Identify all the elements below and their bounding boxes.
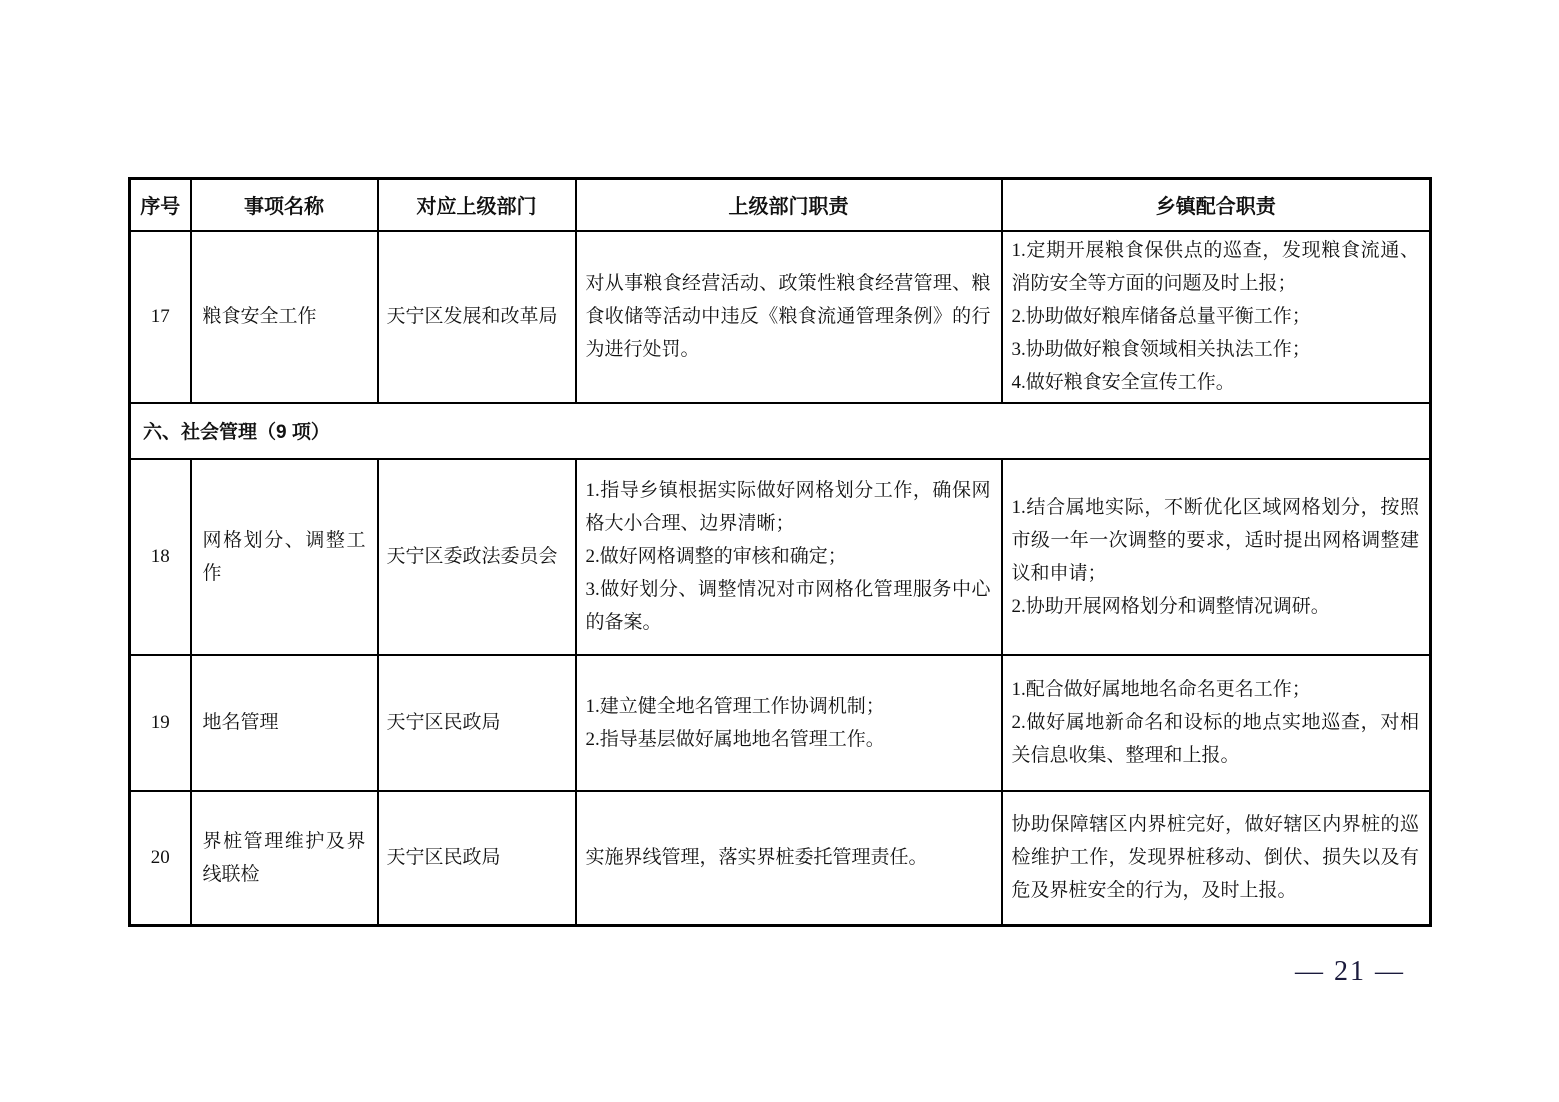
cell-department: 天宁区民政局 xyxy=(378,791,576,926)
column-header-department: 对应上级部门 xyxy=(378,179,576,231)
duty-line: 3.协助做好粮食领域相关执法工作； xyxy=(1012,333,1420,366)
section-header-row: 六、社会管理（9 项） xyxy=(130,403,1431,459)
cell-serial: 17 xyxy=(130,231,191,403)
document-page: 序号 事项名称 对应上级部门 上级部门职责 乡镇配合职责 17 粮食安全工作 天… xyxy=(0,0,1559,1102)
duty-line: 1.定期开展粮食保供点的巡查，发现粮食流通、消防安全等方面的问题及时上报； xyxy=(1012,234,1420,300)
duty-line: 1.指导乡镇根据实际做好网格划分工作，确保网格大小合理、边界清晰； xyxy=(586,474,991,540)
duty-line: 2.做好网格调整的审核和确定； xyxy=(586,540,991,573)
cell-superior-duties: 实施界线管理，落实界桩委托管理责任。 xyxy=(576,791,1002,926)
cell-item-name: 界桩管理维护及界线联检 xyxy=(191,791,378,926)
duty-line: 4.做好粮食安全宣传工作。 xyxy=(1012,366,1420,399)
table-row-20: 20 界桩管理维护及界线联检 天宁区民政局 实施界线管理，落实界桩委托管理责任。… xyxy=(130,791,1431,926)
duty-line: 协助保障辖区内界桩完好，做好辖区内界桩的巡检维护工作，发现界桩移动、倒伏、损失以… xyxy=(1012,808,1420,907)
column-header-superior-duties: 上级部门职责 xyxy=(576,179,1002,231)
cell-superior-duties: 1.建立健全地名管理工作协调机制； 2.指导基层做好属地地名管理工作。 xyxy=(576,655,1002,791)
duties-table: 序号 事项名称 对应上级部门 上级部门职责 乡镇配合职责 17 粮食安全工作 天… xyxy=(128,177,1432,927)
column-header-item-name: 事项名称 xyxy=(191,179,378,231)
cell-item-name: 地名管理 xyxy=(191,655,378,791)
duty-line: 1.建立健全地名管理工作协调机制； xyxy=(586,690,991,723)
duty-line: 2.做好属地新命名和设标的地点实地巡查，对相关信息收集、整理和上报。 xyxy=(1012,706,1420,772)
cell-item-name: 网格划分、调整工作 xyxy=(191,459,378,655)
section-title: 六、社会管理（9 项） xyxy=(130,403,1431,459)
table-header-row: 序号 事项名称 对应上级部门 上级部门职责 乡镇配合职责 xyxy=(130,179,1431,231)
cell-department: 天宁区民政局 xyxy=(378,655,576,791)
cell-township-duties: 1.定期开展粮食保供点的巡查，发现粮食流通、消防安全等方面的问题及时上报； 2.… xyxy=(1002,231,1431,403)
table-row-18: 18 网格划分、调整工作 天宁区委政法委员会 1.指导乡镇根据实际做好网格划分工… xyxy=(130,459,1431,655)
cell-superior-duties: 对从事粮食经营活动、政策性粮食经营管理、粮食收储等活动中违反《粮食流通管理条例》… xyxy=(576,231,1002,403)
duty-line: 2.协助做好粮库储备总量平衡工作； xyxy=(1012,300,1420,333)
duty-line: 实施界线管理，落实界桩委托管理责任。 xyxy=(586,841,991,874)
cell-superior-duties: 1.指导乡镇根据实际做好网格划分工作，确保网格大小合理、边界清晰； 2.做好网格… xyxy=(576,459,1002,655)
column-header-serial: 序号 xyxy=(130,179,191,231)
duty-line: 1.配合做好属地地名命名更名工作； xyxy=(1012,673,1420,706)
page-number: — 21 — xyxy=(1240,956,1460,988)
cell-department: 天宁区发展和改革局 xyxy=(378,231,576,403)
duty-line: 1.结合属地实际，不断优化区域网格划分，按照市级一年一次调整的要求，适时提出网格… xyxy=(1012,491,1420,590)
duty-line: 2.协助开展网格划分和调整情况调研。 xyxy=(1012,590,1420,623)
cell-township-duties: 协助保障辖区内界桩完好，做好辖区内界桩的巡检维护工作，发现界桩移动、倒伏、损失以… xyxy=(1002,791,1431,926)
duty-line: 2.指导基层做好属地地名管理工作。 xyxy=(586,723,991,756)
duty-line: 对从事粮食经营活动、政策性粮食经营管理、粮食收储等活动中违反《粮食流通管理条例》… xyxy=(586,267,991,366)
column-header-township-duties: 乡镇配合职责 xyxy=(1002,179,1431,231)
cell-serial: 20 xyxy=(130,791,191,926)
cell-township-duties: 1.配合做好属地地名命名更名工作； 2.做好属地新命名和设标的地点实地巡查，对相… xyxy=(1002,655,1431,791)
cell-serial: 18 xyxy=(130,459,191,655)
cell-item-name: 粮食安全工作 xyxy=(191,231,378,403)
cell-serial: 19 xyxy=(130,655,191,791)
cell-township-duties: 1.结合属地实际，不断优化区域网格划分，按照市级一年一次调整的要求，适时提出网格… xyxy=(1002,459,1431,655)
duty-line: 3.做好划分、调整情况对市网格化管理服务中心的备案。 xyxy=(586,573,991,639)
table-row-19: 19 地名管理 天宁区民政局 1.建立健全地名管理工作协调机制； 2.指导基层做… xyxy=(130,655,1431,791)
table-row-17: 17 粮食安全工作 天宁区发展和改革局 对从事粮食经营活动、政策性粮食经营管理、… xyxy=(130,231,1431,403)
cell-department: 天宁区委政法委员会 xyxy=(378,459,576,655)
